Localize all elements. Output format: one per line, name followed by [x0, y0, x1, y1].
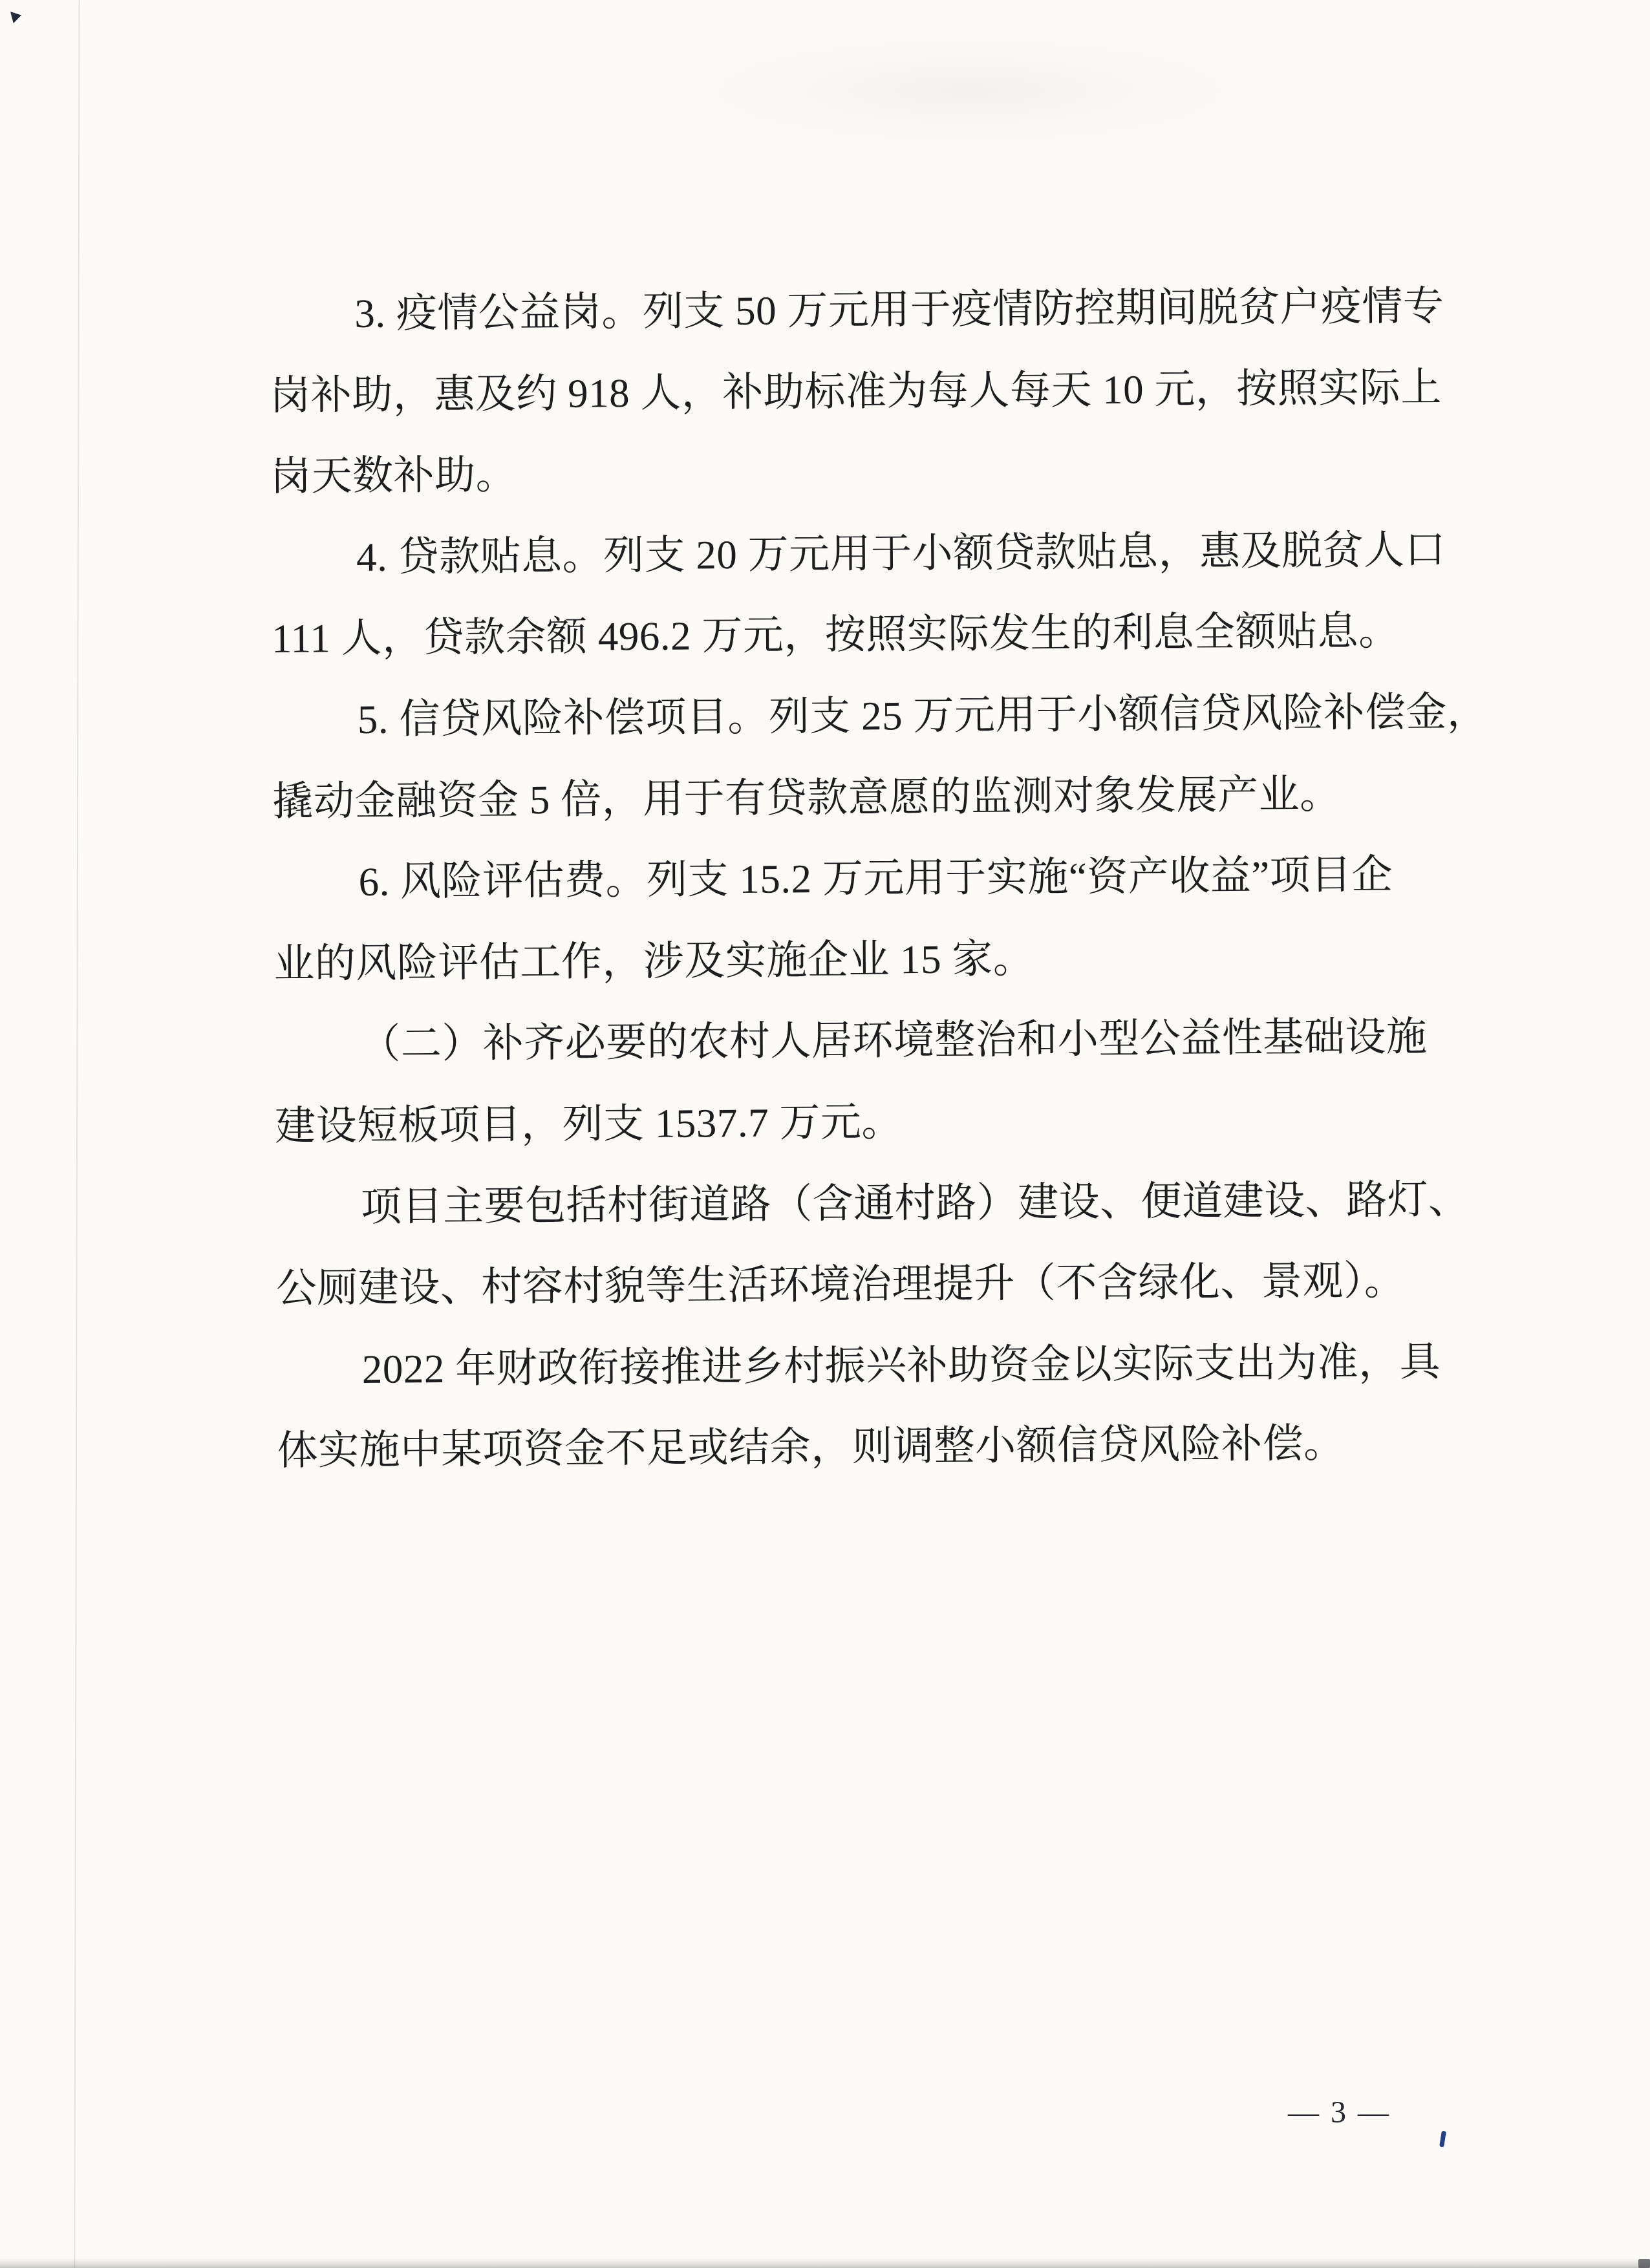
text-line: 建设短板项目，列支 1537.7 万元。: [275, 1078, 1478, 1168]
text-line: 4. 贷款贴息。列支 20 万元用于小额贷款贴息，惠及脱贫人口: [271, 509, 1474, 599]
scanner-noise: [679, 32, 1261, 149]
scan-left-edge-line: [74, 0, 80, 2268]
text-line: 岗天数补助。: [270, 428, 1473, 518]
text-line: 公厕建设、村容村貌等生活环境治理提升（不含绿化、景观）。: [276, 1240, 1479, 1330]
text-line: 体实施中某项资金不足或结余，则调整小额信贷风险补偿。: [277, 1402, 1480, 1492]
corner-fold-mark: [10, 12, 21, 23]
text-line: 业的风险评估工作，涉及实施企业 15 家。: [273, 915, 1477, 1005]
text-line: 项目主要包括村街道路（含通村路）建设、便道建设、路灯、: [275, 1159, 1479, 1249]
document-body: 3. 疫情公益岗。列支 50 万元用于疫情防控期间脱贫户疫情专岗补助，惠及约 9…: [269, 266, 1480, 1492]
ink-mark: [1439, 2131, 1446, 2148]
scan-bottom-edge: [0, 2258, 1650, 2268]
scan-corner-speck: [1638, 2259, 1650, 2268]
text-line: 5. 信贷风险补偿项目。列支 25 万元用于小额信贷风险补偿金，: [272, 672, 1475, 762]
text-line: 6. 风险评估费。列支 15.2 万元用于实施“资产收益”项目企: [273, 834, 1476, 924]
text-line: 111 人，贷款余额 496.2 万元，按照实际发生的利息全额贴息。: [272, 590, 1475, 680]
text-line: 3. 疫情公益岗。列支 50 万元用于疫情防控期间脱贫户疫情专: [269, 266, 1472, 356]
scanned-document-page: 3. 疫情公益岗。列支 50 万元用于疫情防控期间脱贫户疫情专岗补助，惠及约 9…: [0, 0, 1650, 2268]
text-line: 撬动金融资金 5 倍，用于有贷款意愿的监测对象发展产业。: [272, 753, 1475, 843]
text-line: 2022 年财政衔接推进乡村振兴补助资金以实际支出为准，具: [276, 1321, 1479, 1411]
text-line: （二）补齐必要的农村人居环境整治和小型公益性基础设施: [274, 996, 1477, 1086]
text-line: 岗补助，惠及约 918 人，补助标准为每人每天 10 元，按照实际上: [270, 347, 1473, 437]
page-number: — 3 —: [1288, 2095, 1391, 2130]
